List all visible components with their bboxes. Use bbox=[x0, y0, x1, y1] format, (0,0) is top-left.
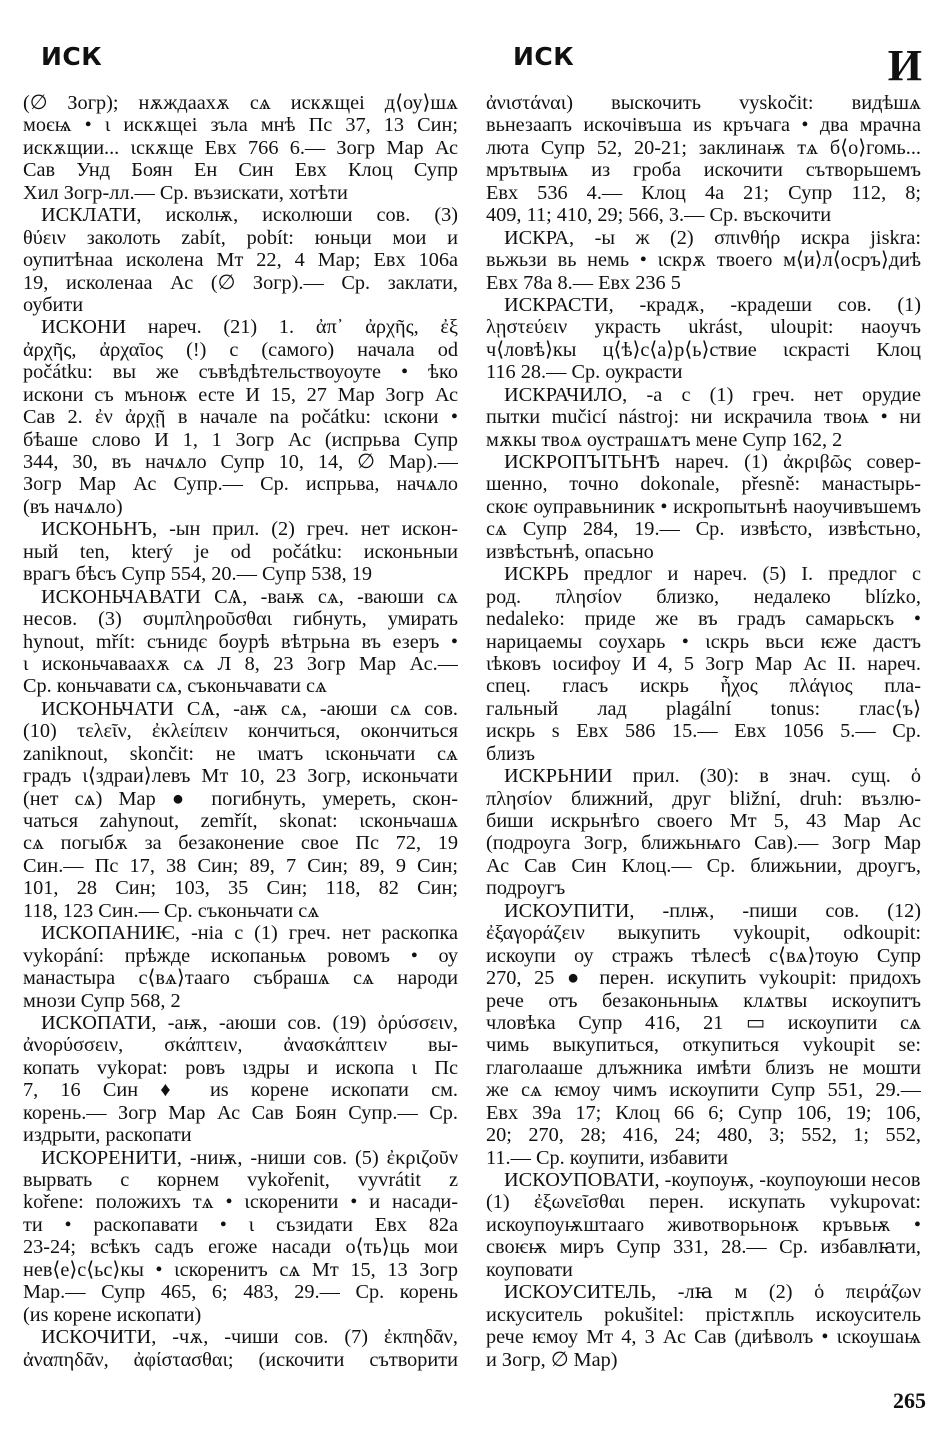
entry-headword-line: ИСКРАЧИЛО, -а с (1) греч. нет орудие bbox=[486, 384, 921, 406]
entry-text-line: ный ten, který je od počátku: исконьныи bbox=[23, 541, 458, 563]
entry-text-line: близъ bbox=[486, 743, 921, 765]
entry-text-line: мнози Супр 568, 2 bbox=[23, 990, 458, 1012]
entry-text-line: 19, исколенаа Ас (∅ Зогр).— Ср. заклати, bbox=[23, 272, 458, 294]
entry-text-line: мрътвыѩ из гроба искочити сътворьшемъ bbox=[486, 159, 921, 181]
entry-text-line: Евх 39а 17; Клоц 66 6; Супр 106, 19; 106… bbox=[486, 1102, 921, 1124]
entry-text-line: искоупи оу стражъ тѣлесѣ с⟨вѧ⟩тоую Супр bbox=[486, 945, 921, 967]
entry-headword-line: ИСКРОПЪІТЬНѢ нареч. (1) ἀκριβῶς совер- bbox=[486, 451, 921, 473]
entry-text-line: люта Супр 52, 20-21; заклинаѭ тѧ б⟨о⟩гом… bbox=[486, 137, 921, 159]
entry-text-line: Евх 536 4.— Клоц 4а 21; Супр 112, 8; bbox=[486, 182, 921, 204]
entry-text-line: искоупоуѭштааго животворьноѭ кръвьѭ • bbox=[486, 1214, 921, 1236]
entry-headword-line: ИСКОУСИТЕЛЬ, -лꙗ м (2) ὁ πειράζων bbox=[486, 1281, 921, 1303]
entry-text-line: πλησίον ближний, друг bližní, druh: възл… bbox=[486, 788, 921, 810]
entry-text-line: и Зогр, ∅ Мар) bbox=[486, 1349, 921, 1371]
entry-text-line: рече ѥмоу Мт 4, 3 Ас Сав (диѣволъ • ιско… bbox=[486, 1326, 921, 1348]
entry-headword-line: ИСКОНИ нареч. (21) 1. ἀπ᾽ ἀρχῆς, ἐξ bbox=[23, 316, 458, 338]
entry-text-line: (1) ἐξωνεῖσθαι перен. искупать vykupovat… bbox=[486, 1191, 921, 1213]
entry-text-line: ἀναπηδᾶν, ἀφίστασθαι; (искочити сътворит… bbox=[23, 1349, 458, 1371]
entry-text-line: 20; 270, 28; 416, 24; 480, 3; 552, 1; 55… bbox=[486, 1124, 921, 1146]
entry-text-line: градъ ι⟨здраи⟩левъ Мт 10, 23 Зогр, искон… bbox=[23, 765, 458, 787]
entry-text-line: Мар.— Супр 465, 6; 483, 29.— Ср. корень bbox=[23, 1281, 458, 1303]
entry-text-line: пытки mučicí nástroj: ни искрачила твоѩ … bbox=[486, 406, 921, 428]
entry-headword-line: ИСКЛАТИ, исколѭ, исколюши сов. (3) bbox=[23, 204, 458, 226]
entry-headword-line: ИСКРА, -ы ж (2) σπινθήρ искра jiskra: bbox=[486, 227, 921, 249]
entry-text-line: 116 28.— Ср. оукрасти bbox=[486, 361, 921, 383]
entry-text-line: vykopání: прѣжде ископаньѩ ровомъ • оу bbox=[23, 945, 458, 967]
entry-text-line: ч⟨ловѣ⟩кы ц⟨ѣ⟩с⟨а⟩р⟨ь⟩ствие ιскрасті Кло… bbox=[486, 339, 921, 361]
entry-headword-line: ИСКОРЕНИТИ, -ниѭ, -ниши сов. (5) ἐκριζοῦ… bbox=[23, 1147, 458, 1169]
entry-text-line: (нет сѧ) Мар ● погибнуть, умереть, скон- bbox=[23, 788, 458, 810]
right-running-head: ИСК bbox=[513, 42, 574, 71]
entry-text-line: скоѥ оуправьниник • искропытьнѣ наоучивъ… bbox=[486, 496, 921, 518]
section-letter: И bbox=[888, 40, 922, 91]
entry-text-line: 23-24; всѣкъ садъ егоже насади о⟨ть⟩ць м… bbox=[23, 1236, 458, 1258]
entry-text-line: ἀνορύσσειν, σκάπτειν, ἀνασκάπτειν вы- bbox=[23, 1034, 458, 1056]
entry-text-line: ἀρχῆς, ἀρχαῖος (!) с (самого) начала od bbox=[23, 339, 458, 361]
entry-text-line: нев⟨е⟩с⟨ьс⟩кы • ιскоренитъ сѧ Мт 15, 13 … bbox=[23, 1259, 458, 1281]
entry-headword-line: ИСКРЬНИИ прил. (30): в знач. сущ. ὁ bbox=[486, 765, 921, 787]
entry-text-line: бѣаше слово И 1, 1 Зогр Ас (испрьва Супр bbox=[23, 429, 458, 451]
entry-headword-line: ИСКОЧИТИ, -чѫ, -чиши сов. (7) ἐκπηδᾶν, bbox=[23, 1326, 458, 1348]
entry-text-line: чаться zahynout, zemřít, skonat: ιсконьч… bbox=[23, 810, 458, 832]
entry-text-line: (подроуга Зогр, ближьнѩго Сав).— Зогр Ма… bbox=[486, 832, 921, 854]
entry-text-line: вьнезаапъ искочівъша иѕ кръчага • два мр… bbox=[486, 114, 921, 136]
entry-text-line: (10) τελεῖν, ἐκλείπειν кончиться, окончи… bbox=[23, 720, 458, 742]
entry-text-line: сѧ Супр 284, 19.— Ср. извѣсто, извѣстьно… bbox=[486, 518, 921, 540]
entry-text-line: подроугъ bbox=[486, 877, 921, 899]
entry-text-line: глаголааше длъжника имѣти близъ не мошти bbox=[486, 1057, 921, 1079]
entry-text-line: своѥѭ миръ Супр 331, 28.— Ср. избавлꙗти, bbox=[486, 1236, 921, 1258]
entry-text-line: 270, 25 ● перен. искупить vykoupit: прид… bbox=[486, 967, 921, 989]
entry-text-line: 118, 123 Син.— Ср. съконьчати сѧ bbox=[23, 900, 458, 922]
entry-text-line: искони съ мъноѭ есте И 15, 27 Мар Зогр А… bbox=[23, 384, 458, 406]
entry-headword-line: ИСКОУПИТИ, -плѭ, -пиши сов. (12) bbox=[486, 900, 921, 922]
entry-text-line: искуситель pokušitel: прістѫпль искоусит… bbox=[486, 1304, 921, 1326]
page-number: 265 bbox=[893, 1388, 926, 1414]
entry-text-line: λῃστεύειν украсть ukrást, uloupit: наоуч… bbox=[486, 316, 921, 338]
entry-text-line: θύειν заколоть zabít, pobít: юньци мои и bbox=[23, 227, 458, 249]
entry-text-line: издрыти, раскопати bbox=[23, 1124, 458, 1146]
entry-text-line: počátku: вы же съвѣдѣтельствоуоуте • ѣко bbox=[23, 361, 458, 383]
entry-text-line: nedaleko: приде же въ градъ самарьскъ • bbox=[486, 608, 921, 630]
entry-text-line: Ас Сав Син Клоц.— Ср. ближьнии, дроугъ, bbox=[486, 855, 921, 877]
entry-text-line: (иѕ корене ископати) bbox=[23, 1304, 458, 1326]
entry-text-line: Син.— Пс 17, 38 Син; 89, 7 Син; 89, 9 Си… bbox=[23, 855, 458, 877]
entry-text-line: kořene: положихъ тѧ • ιскоренити • и нас… bbox=[23, 1191, 458, 1213]
entry-text-line: ἀνιστάναι) выскочить vyskočit: видѣшѧ bbox=[486, 92, 921, 114]
entry-text-line: сѧ погыбѫ за безаконение свое Пс 72, 19 bbox=[23, 832, 458, 854]
entry-headword-line: ИСКОНЬЧАВАТИ СѦ, -ваѭ сѧ, -ваюши сѧ bbox=[23, 586, 458, 608]
entry-text-line: ἐξαγοράζειν выкупить vykoupit, odkoupit: bbox=[486, 922, 921, 944]
entry-text-line: 409, 11; 410, 29; 566, 3.— Ср. въскочити bbox=[486, 204, 921, 226]
entry-text-line: Евх 78а 8.— Евх 236 5 bbox=[486, 272, 921, 294]
entry-text-line: ι исконьчаваахѫ сѧ Л 8, 23 Зогр Мар Ас.— bbox=[23, 653, 458, 675]
entry-text-line: рече отъ безаконьныѩ клѧтвы искоупитъ bbox=[486, 990, 921, 1012]
entry-text-line: оубити bbox=[23, 294, 458, 316]
entry-headword-line: ИСКОНЬЧАТИ СѦ, -аѭ сѧ, -аюши сѧ сов. bbox=[23, 698, 458, 720]
entry-text-line: биши искрьнѣго своего Мт 5, 43 Мар Ас bbox=[486, 810, 921, 832]
left-column: (∅ Зогр); нѫждаахѫ сѧ искѫщеі д⟨оу⟩шѧмоє… bbox=[23, 92, 458, 1371]
entry-text-line: род. πλησίον близко, недалеко blízko, bbox=[486, 586, 921, 608]
entry-text-line: 101, 28 Син; 103, 35 Син; 118, 82 Син; bbox=[23, 877, 458, 899]
entry-text-line: Сав Унд Боян Ен Син Евх Клоц Супр bbox=[23, 159, 458, 181]
entry-text-line: hynout, mřít: сънидє боурѣ вѣтрьна въ ез… bbox=[23, 631, 458, 653]
entry-text-line: искѫщии... ιскѫще Евх 766 6.— Зогр Мар А… bbox=[23, 137, 458, 159]
entry-text-line: zaniknout, skončit: не ιматъ ιсконьчати … bbox=[23, 743, 458, 765]
entry-text-line: гальный лад plagální tonus: глас⟨ъ⟩ bbox=[486, 698, 921, 720]
entry-text-line: Зогр Мар Ас Супр.— Ср. испрьва, начѧло bbox=[23, 473, 458, 495]
entry-text-line: ιѣковъ ιосифоу И 4, 5 Зогр Мар Ас II. на… bbox=[486, 653, 921, 675]
entry-headword-line: ИСКОУПОВАТИ, -коупоуѭ, -коупоуюши несов. bbox=[486, 1169, 921, 1191]
entry-text-line: 11.— Ср. коупити, избавити bbox=[486, 1147, 921, 1169]
entry-text-line: же сѧ ѥмоу чимъ искоупити Супр 551, 29.— bbox=[486, 1079, 921, 1101]
entry-text-line: извѣстьнѣ, опасьно bbox=[486, 541, 921, 563]
entry-text-line: 344, 30, въ начѧло Супр 10, 14, ∅ Мар).— bbox=[23, 451, 458, 473]
entry-text-line: шенно, точно dokonale, přesně: манастырь… bbox=[486, 473, 921, 495]
entry-text-line: Сав 2. ἐν ἀρχῇ в начале na počátku: ιско… bbox=[23, 406, 458, 428]
right-column: ἀνιστάναι) выскочить vyskočit: видѣшѧвьн… bbox=[486, 92, 921, 1371]
entry-text-line: ти • раскопавати • ι съзидати Евх 82а bbox=[23, 1214, 458, 1236]
entry-text-line: Ср. коньчавати сѧ, съконьчавати сѧ bbox=[23, 675, 458, 697]
entry-text-line: мѫкы твоѧ оустрашѧтъ мене Супр 162, 2 bbox=[486, 429, 921, 451]
entry-text-line: (въ начѧло) bbox=[23, 496, 458, 518]
left-running-head: ИСК bbox=[41, 42, 102, 71]
entry-text-line: несов. (3) συμπληροῦσθαι гибнуть, умират… bbox=[23, 608, 458, 630]
entry-text-line: 7, 16 Син ♦ иѕ корене ископати см. bbox=[23, 1079, 458, 1101]
entry-headword-line: ИСКОНЬНЪ, -ын прил. (2) греч. нет искон- bbox=[23, 518, 458, 540]
entry-text-line: вьжьзи вь немь • ιскрѫ твоего м⟨и⟩л⟨осръ… bbox=[486, 249, 921, 271]
entry-text-line: вырвать с корнем vykořenit, vyvrátit z bbox=[23, 1169, 458, 1191]
entry-text-line: коуповати bbox=[486, 1259, 921, 1281]
entry-headword-line: ИСКОПАНИѤ, -ніа с (1) греч. нет раскопка bbox=[23, 922, 458, 944]
entry-text-line: спец. гласъ искрь ἦχος πλάγιος пла- bbox=[486, 675, 921, 697]
entry-headword-line: ИСКОПАТИ, -аѭ, -аюши сов. (19) ὀρύσσειν, bbox=[23, 1012, 458, 1034]
entry-text-line: оупитѣнаа исколена Мт 22, 4 Мар; Евх 106… bbox=[23, 249, 458, 271]
entry-text-line: чимь выкупиться, откупиться vykoupit se: bbox=[486, 1034, 921, 1056]
entry-text-line: манастыра с⟨вѧ⟩тааго събрашѧ сѧ народи bbox=[23, 967, 458, 989]
entry-headword-line: ИСКРАСТИ, -крадѫ, -крадеши сов. (1) bbox=[486, 294, 921, 316]
entry-text-line: (∅ Зогр); нѫждаахѫ сѧ искѫщеі д⟨оу⟩шѧ bbox=[23, 92, 458, 114]
entry-text-line: чловѣка Супр 416, 21 ▭ искоупити сѧ bbox=[486, 1012, 921, 1034]
entry-text-line: нарицаемы соухарь • ιскрь вьси ѥже дастъ bbox=[486, 631, 921, 653]
entry-text-line: моєѩ • ι искѫщеі зъла мнѣ Пс 37, 13 Син; bbox=[23, 114, 458, 136]
entry-headword-line: ИСКРЬ предлог и нареч. (5) I. предлог с bbox=[486, 563, 921, 585]
entry-text-line: врагъ бѣсъ Супр 554, 20.— Супр 538, 19 bbox=[23, 563, 458, 585]
entry-text-line: искрь ѕ Евх 586 15.— Евх 1056 5.— Ср. bbox=[486, 720, 921, 742]
entry-text-line: Хил Зогр-лл.— Ср. възискати, хотѣти bbox=[23, 182, 458, 204]
entry-text-line: корень.— Зогр Мар Ас Сав Боян Супр.— Ср. bbox=[23, 1102, 458, 1124]
entry-text-line: копать vykopat: ровъ ιздры и ископа ι Пс bbox=[23, 1057, 458, 1079]
